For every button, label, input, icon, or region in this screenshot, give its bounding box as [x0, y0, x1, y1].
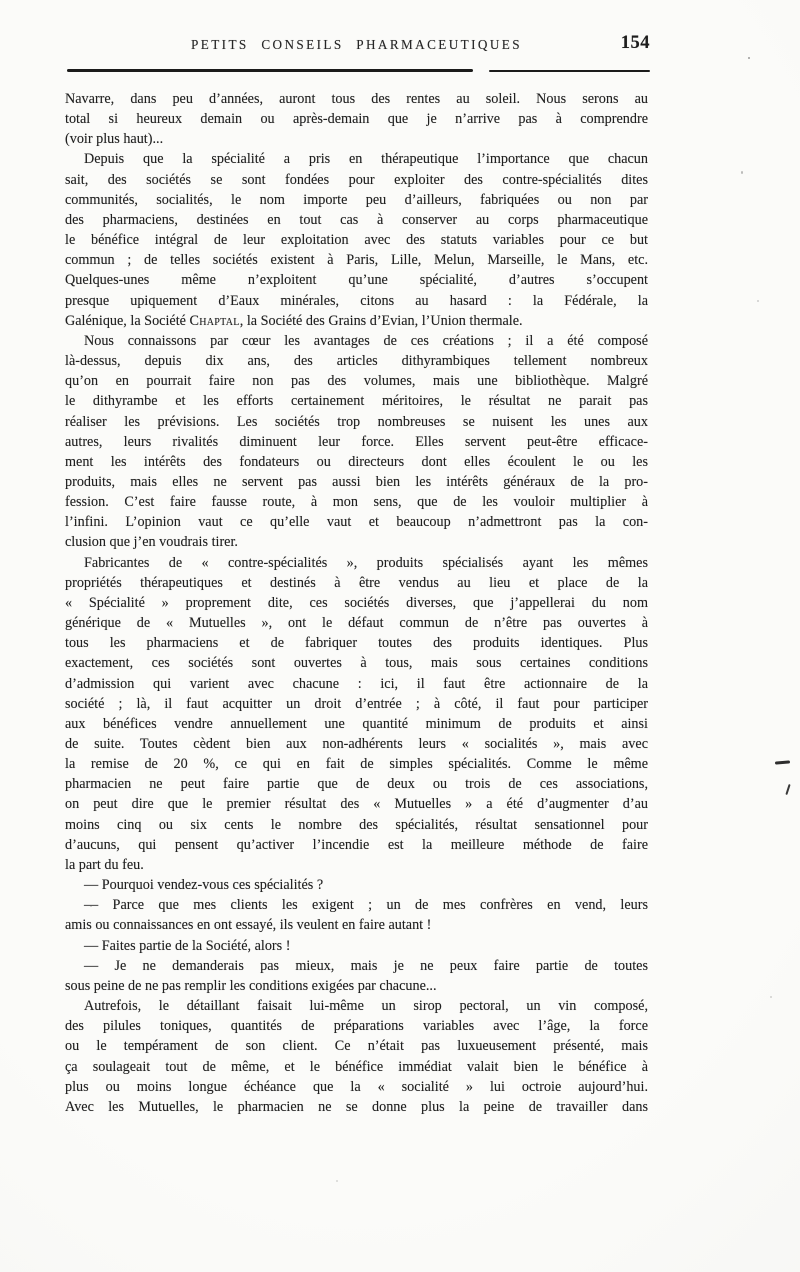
text-line: la remise de 20 %, ce qui en fait de sim… [65, 754, 648, 774]
text-line: la part du feu. [65, 855, 648, 875]
text-line: l’infini. L’opinion vaut ce qu’elle vaut… [65, 512, 648, 532]
text-line: des pilules toniques, quantités de prépa… [65, 1016, 648, 1036]
text-line: le dithyrambe et les efforts certainemen… [65, 391, 648, 411]
paragraph: Nous connaissons par cœur les avantages … [65, 331, 648, 553]
text-line: tous les pharmaciens et de fabriquer tou… [65, 633, 648, 653]
text-line: Avec les Mutuelles, le pharmacien ne se … [65, 1097, 648, 1117]
paragraph: — Faites partie de la Société, alors ! [65, 936, 648, 956]
text-line: propriétés thérapeutiques et destinés à … [65, 573, 648, 593]
scan-artifact-slash [785, 784, 790, 795]
page-number: 154 [621, 33, 650, 54]
running-header: PETITS CONSEILS PHARMACEUTIQUES 154 [65, 37, 648, 61]
header-title: PETITS CONSEILS PHARMACEUTIQUES [65, 37, 648, 53]
paragraph: — Pourquoi vendez-vous ces spécialités ? [65, 875, 648, 895]
paragraph: — Je ne demanderais pas mieux, mais je n… [65, 956, 648, 996]
scan-speck [336, 1180, 338, 1182]
scan-speck [770, 996, 772, 998]
text-line: réaliser les prévisions. Les sociétés tr… [65, 412, 648, 432]
text-line: communités, socialités, le nom importe p… [65, 190, 648, 210]
text-line: sous peine de ne pas remplir les conditi… [65, 976, 648, 996]
text-line: sait, des sociétés se sont fondées pour … [65, 170, 648, 190]
text-line: — Parce que mes clients les exigent ; un… [65, 895, 648, 915]
text-line: total si heureux demain ou après-demain … [65, 109, 648, 129]
paragraph: Autrefois, le détaillant faisait lui-mêm… [65, 996, 648, 1117]
scan-artifact-dash [775, 760, 790, 764]
text-line: aux bénéfices vendre annuellement une qu… [65, 714, 648, 734]
scan-speck [757, 300, 759, 302]
paragraph: Navarre, dans peu d’années, auront tous … [65, 89, 648, 149]
small-caps-text: Chaptal [190, 313, 240, 329]
text-line: « Spécialité » proprement dite, ces soci… [65, 593, 648, 613]
text-line: Quelques-unes même n’exploitent qu’une s… [65, 270, 648, 290]
paragraph: Depuis que la spécialité a pris en théra… [65, 149, 648, 330]
text-line: Depuis que la spécialité a pris en théra… [65, 149, 648, 169]
text-line: Nous connaissons par cœur les avantages … [65, 331, 648, 351]
text-line: presque upiquement d’Eaux minérales, cit… [65, 291, 648, 311]
text-line: ou le tempérament de son client. Ce n’ét… [65, 1036, 648, 1056]
text-line: produits, mais elles ne servent pas auss… [65, 472, 648, 492]
text-line: on peut dire que le premier résultat des… [65, 794, 648, 814]
text-line: le bénéfice intégral de leur exploitatio… [65, 230, 648, 250]
text-line: exactement, ces sociétés sont ouvertes à… [65, 653, 648, 673]
text-line: ment les intérêts des fondateurs ou dire… [65, 452, 648, 472]
text-line: pharmacien ne peut faire partie que de d… [65, 774, 648, 794]
text-line: — Pourquoi vendez-vous ces spécialités ? [65, 875, 648, 895]
scan-speck [90, 905, 92, 907]
header-rule-right [489, 70, 650, 73]
text-line: société ; là, il faut acquitter un droit… [65, 694, 648, 714]
paragraph: — Parce que mes clients les exigent ; un… [65, 895, 648, 935]
text-line: qu’on en pourrait faire non pas des volu… [65, 371, 648, 391]
text-line: des pharmaciens, destinées en tout cas à… [65, 210, 648, 230]
text-line: plus ou moins longue échéance que la « s… [65, 1077, 648, 1097]
text-line: moins cinq ou six cents le nombre des sp… [65, 815, 648, 835]
text-line: clusion que j’en voudrais tirer. [65, 532, 648, 552]
book-page: PETITS CONSEILS PHARMACEUTIQUES 154 Nava… [0, 0, 800, 1272]
text-line: d’aucuns, qui pensent qu’activer l’incen… [65, 835, 648, 855]
text-line: amis ou connaissances en ont essayé, ils… [65, 915, 648, 935]
text-line: — Faites partie de la Société, alors ! [65, 936, 648, 956]
text-line: de suite. Toutes cèdent bien aux non-adh… [65, 734, 648, 754]
scan-speck [741, 171, 743, 174]
scan-speck [748, 57, 750, 59]
text-line: Fabricantes de « contre-spécialités », p… [65, 553, 648, 573]
text-line: (voir plus haut)... [65, 129, 648, 149]
text-line: — Je ne demanderais pas mieux, mais je n… [65, 956, 648, 976]
paragraph: Fabricantes de « contre-spécialités », p… [65, 553, 648, 876]
text-line: Autrefois, le détaillant faisait lui-mêm… [65, 996, 648, 1016]
header-rule-left [67, 69, 473, 72]
text-line: là-dessus, depuis dix ans, des articles … [65, 351, 648, 371]
text-line: Navarre, dans peu d’années, auront tous … [65, 89, 648, 109]
text-line: générique de « Mutuelles », ont le défau… [65, 613, 648, 633]
text-line: ça soulageait tout de même, et le bénéfi… [65, 1057, 648, 1077]
text-line: Galénique, la Société Chaptal, la Sociét… [65, 311, 648, 331]
text-line: d’admission qui varient avec chacune : i… [65, 674, 648, 694]
text-line: autres, leurs rivalités diminuent leur f… [65, 432, 648, 452]
page-text: Navarre, dans peu d’années, auront tous … [65, 89, 648, 1117]
text-line: fession. C’est faire fausse route, à mon… [65, 492, 648, 512]
text-line: commun ; de telles sociétés existent à P… [65, 250, 648, 270]
